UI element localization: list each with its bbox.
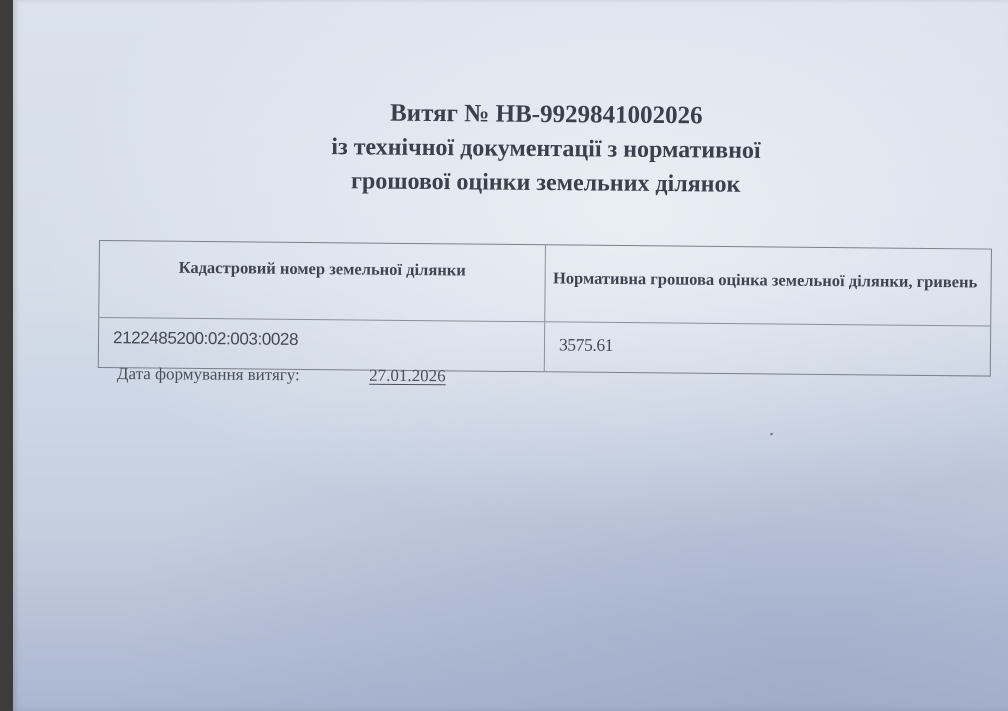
table-header-monetary-valuation: Нормативна грошова оцінка земельної діля… [545,245,991,326]
table-cell-cadastral-number: 2122485200:02:003:0028 [99,318,545,371]
extract-date-line: Дата формування витягу: 27.01.2026 [117,364,446,386]
valuation-table: Кадастровий номер земельної ділянки Норм… [98,240,992,377]
document-title: Витяг № НВ-9929841002026 із технічної до… [13,93,1008,204]
extract-date-value: 27.01.2026 [369,366,446,387]
table-cell-valuation-amount: 3575.61 [545,322,990,375]
paper-sheet: Витяг № НВ-9929841002026 із технічної до… [13,0,1008,711]
extract-date-label: Дата формування витягу: [117,364,365,386]
title-line-3: грошової оцінки земельних ділянок [13,161,1008,204]
table-header-cadastral-number: Кадастровий номер земельної ділянки [99,241,546,322]
paper-speck [770,433,774,436]
